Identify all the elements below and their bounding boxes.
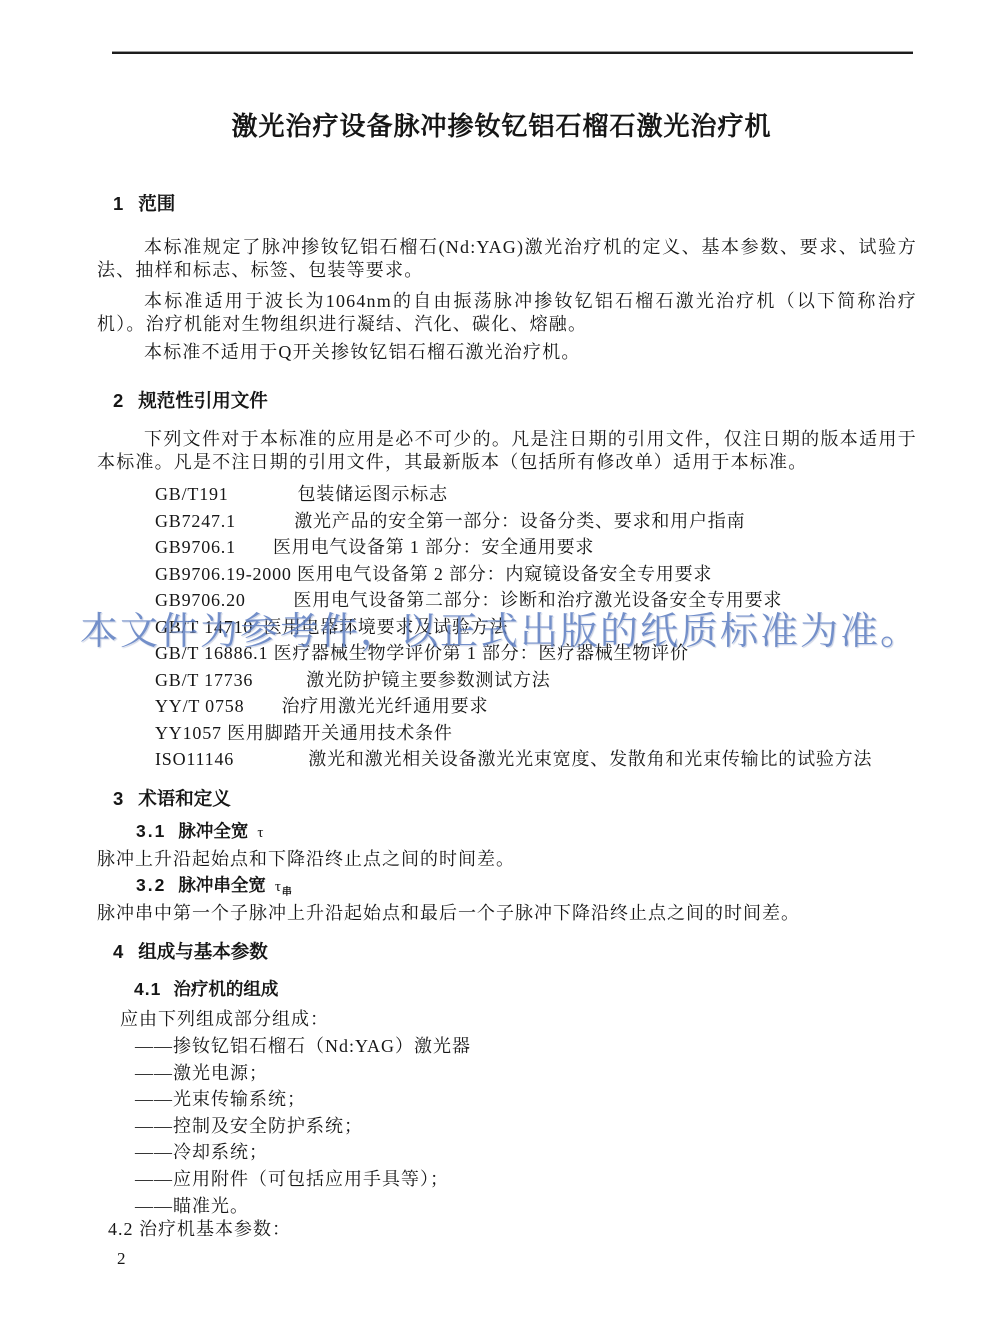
term-heading-3-1: 3.1脉冲全宽τ (136, 818, 264, 844)
section-title: 范围 (138, 193, 175, 214)
section-number: 1 (113, 193, 123, 215)
section-2-heading: 2规范性引用文件 (113, 387, 268, 413)
term-symbol: τ (275, 879, 281, 895)
composition-intro: 应由下列组成部分组成： (120, 1005, 329, 1031)
term-definition: 脉冲串中第一个子脉冲上升沿起始点和最后一个子脉冲下降沿终止点之间的时间差。 (97, 899, 927, 925)
composition-item: ——掺钕钇铝石榴石（Nd:YAG）激光器 (135, 1033, 471, 1060)
composition-item: ——光束传输系统； (135, 1086, 471, 1113)
section-1-heading: 1范围 (113, 190, 175, 216)
section-title: 术语和定义 (138, 788, 231, 809)
references-list: GB/T191 包装储运图示标志 GB7247.1 激光产品的安全第一部分：设备… (155, 481, 950, 773)
section-number: 4 (113, 941, 123, 963)
paragraph: 下列文件对于本标准的应用是必不可少的。凡是注日期的引用文件，仅注日期的版本适用于… (97, 428, 917, 474)
composition-item: ——控制及安全防护系统； (135, 1113, 471, 1140)
composition-item: ——激光电源； (135, 1060, 471, 1087)
section-4-heading: 4组成与基本参数 (113, 938, 268, 964)
reference-item: GB/T 14710 医用电器环境要求及试验方法 (155, 614, 950, 641)
subsection-title: 治疗机的组成 (173, 979, 278, 999)
section-title: 组成与基本参数 (138, 941, 268, 962)
reference-item: GB/T 16886.1 医疗器械生物学评价第 1 部分：医疗器械生物评价 (155, 640, 950, 667)
reference-item: YY/T 0758 治疗用激光光纤通用要求 (155, 693, 950, 720)
reference-item: GB9706.19-2000 医用电气设备第 2 部分：内窥镜设备安全专用要求 (155, 561, 950, 588)
subsection-number: 4.1 (134, 979, 161, 1000)
reference-item: GB/T191 包装储运图示标志 (155, 481, 950, 508)
composition-item: ——应用附件（可包括应用手具等）； (135, 1166, 471, 1193)
section-title: 规范性引用文件 (138, 390, 268, 411)
term-symbol: τ (257, 825, 263, 841)
reference-item: GB7247.1 激光产品的安全第一部分：设备分类、要求和用户指南 (155, 508, 950, 535)
header-rule (112, 51, 913, 54)
composition-item: ——冷却系统； (135, 1139, 471, 1166)
subsection-4-2-label: 4.2 治疗机基本参数： (108, 1215, 291, 1241)
section-3-heading: 3术语和定义 (113, 785, 231, 811)
page-number: 2 (117, 1249, 126, 1269)
paragraph: 本标准规定了脉冲掺钕钇铝石榴石(Nd:YAG)激光治疗机的定义、基本参数、要求、… (97, 236, 917, 282)
term-number: 3.2 (136, 875, 166, 896)
paragraph: 本标准适用于波长为1064nm的自由振荡脉冲掺钕钇铝石榴石激光治疗机（以下简称治… (97, 290, 917, 336)
composition-list: ——掺钕钇铝石榴石（Nd:YAG）激光器 ——激光电源； ——光束传输系统； —… (135, 1033, 471, 1219)
section-number: 3 (113, 788, 123, 810)
reference-item: GB9706.20 医用电气设备第二部分：诊断和治疗激光设备安全专用要求 (155, 587, 950, 614)
subsection-4-1-heading: 4.1治疗机的组成 (134, 976, 278, 1001)
term-title: 脉冲全宽 (178, 821, 248, 841)
document-page: 激光治疗设备脉冲掺钕钇铝石榴石激光治疗机 1范围 本标准规定了脉冲掺钕钇铝石榴石… (0, 0, 1003, 1330)
term-symbol-subscript: 串 (282, 887, 292, 898)
term-definition: 脉冲上升沿起始点和下降沿终止点之间的时间差。 (97, 845, 927, 871)
reference-item: GB9706.1 医用电气设备第 1 部分：安全通用要求 (155, 534, 950, 561)
term-title: 脉冲串全宽 (178, 875, 266, 895)
section-number: 2 (113, 390, 123, 412)
term-number: 3.1 (136, 821, 166, 842)
reference-item: GB/T 17736 激光防护镜主要参数测试方法 (155, 667, 950, 694)
paragraph: 本标准不适用于Q开关掺钕钇铝石榴石激光治疗机。 (97, 341, 917, 364)
reference-item: ISO11146 激光和激光相关设备激光光束宽度、发散角和光束传输比的试验方法 (155, 746, 950, 773)
term-heading-3-2: 3.2脉冲串全宽τ串 (136, 872, 292, 898)
reference-item: YY1057 医用脚踏开关通用技术条件 (155, 720, 950, 747)
document-title: 激光治疗设备脉冲掺钕钇铝石榴石激光治疗机 (0, 106, 1003, 143)
